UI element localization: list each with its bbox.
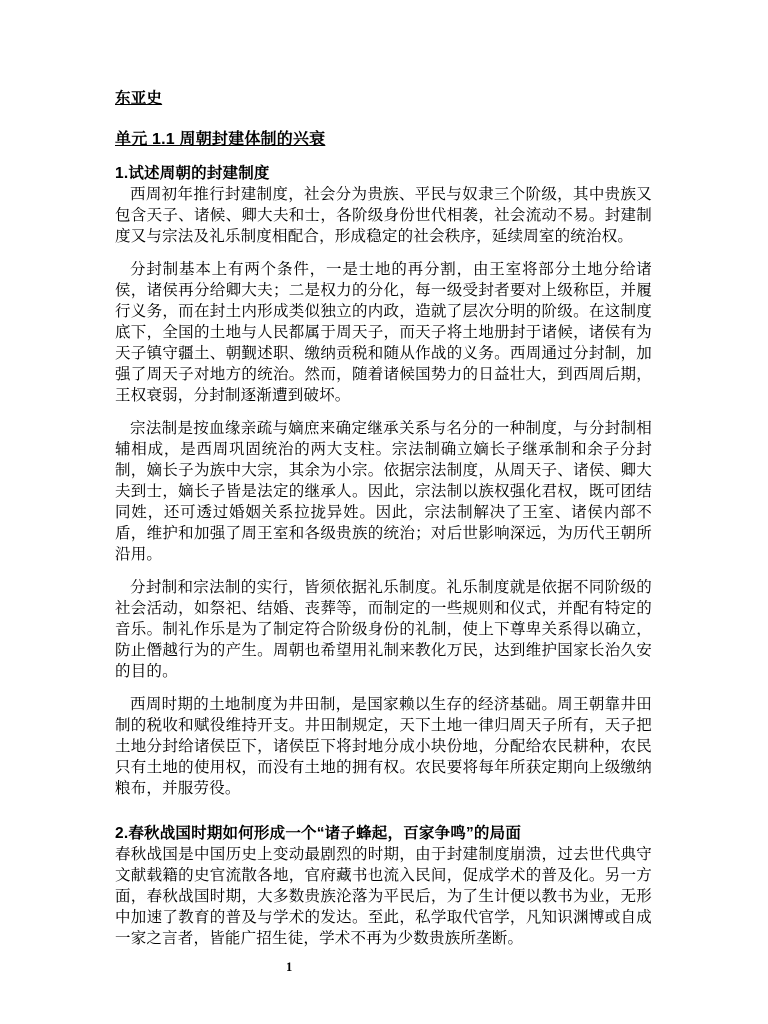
q2-paragraph-1: 春秋战国是中国历史上变动最剧烈的时期，由于封建制度崩溃，过去世代典守文献载籍的史… (115, 844, 652, 949)
q1-paragraph-2: 分封制基本上有两个条件，一是士地的再分割，由王室将部分土地分给诸侯，诸侯再分给卿… (115, 259, 652, 406)
unit-heading: 单元 1.1 周朝封建体制的兴衰 (115, 129, 652, 150)
question-1-heading: 1.试述周朝的封建制度 (115, 163, 652, 184)
page-number: 1 (286, 960, 292, 975)
q1-paragraph-1: 西周初年推行封建制度，社会分为贵族、平民与奴隶三个阶级，其中贵族又包含天子、诸候… (115, 184, 652, 247)
document-page: 东亚史 单元 1.1 周朝封建体制的兴衰 1.试述周朝的封建制度 西周初年推行封… (0, 0, 768, 1024)
doc-title: 东亚史 (115, 88, 652, 109)
page-content: 东亚史 单元 1.1 周朝封建体制的兴衰 1.试述周朝的封建制度 西周初年推行封… (115, 88, 652, 949)
q1-paragraph-5: 西周时期的土地制度为井田制，是国家赖以生存的经济基础。周王朝靠井田制的税收和赋役… (115, 694, 652, 799)
q1-paragraph-3: 宗法制是按血缘亲疏与嫡庶来确定继承关系与名分的一种制度，与分封制相辅相成，是西周… (115, 418, 652, 565)
q1-paragraph-4: 分封制和宗法制的实行，皆须依据礼乐制度。礼乐制度就是依据不同阶级的社会活动，如祭… (115, 577, 652, 682)
question-2-heading: 2.春秋战国时期如何形成一个“诸子蜂起，百家争鸣”的局面 (115, 823, 652, 844)
